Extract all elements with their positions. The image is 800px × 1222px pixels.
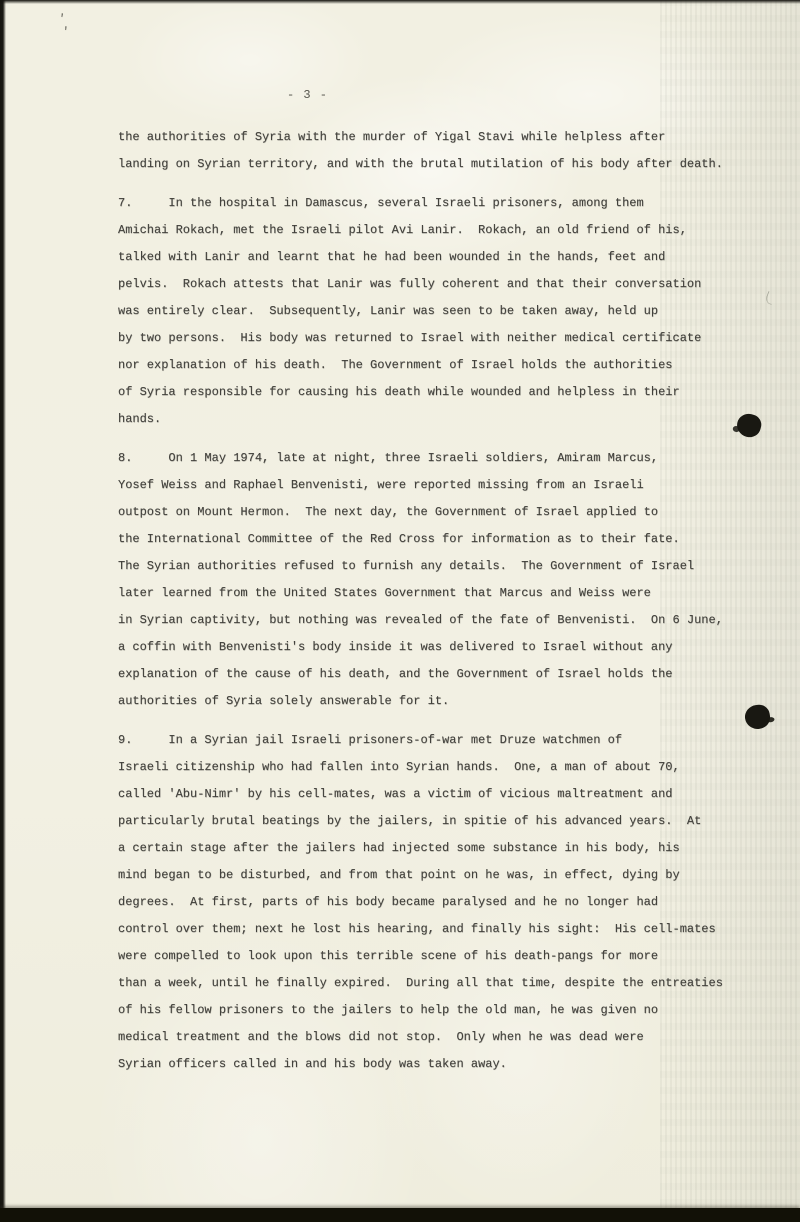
text-line: of Syria responsible for causing his dea…	[118, 379, 738, 406]
text-line: landing on Syrian territory, and with th…	[118, 151, 738, 178]
text-line: was entirely clear. Subsequently, Lanir …	[118, 298, 738, 325]
text-line: explanation of the cause of his death, a…	[118, 661, 738, 688]
text-line: Amichai Rokach, met the Israeli pilot Av…	[118, 217, 738, 244]
paragraph: 7. In the hospital in Damascus, several …	[118, 190, 738, 433]
text-line: talked with Lanir and learnt that he had…	[118, 244, 738, 271]
text-line: of his fellow prisoners to the jailers t…	[118, 997, 738, 1024]
page-number: - 3 -	[287, 88, 328, 102]
text-line: 8. On 1 May 1974, late at night, three I…	[118, 445, 738, 472]
text-line: called 'Abu-Nimr' by his cell-mates, was…	[118, 781, 738, 808]
text-line: the International Committee of the Red C…	[118, 526, 738, 553]
paragraph: 9. In a Syrian jail Israeli prisoners-of…	[118, 727, 738, 1078]
text-line: medical treatment and the blows did not …	[118, 1024, 738, 1051]
text-line: a coffin with Benvenisti's body inside i…	[118, 634, 738, 661]
text-line: particularly brutal beatings by the jail…	[118, 808, 738, 835]
text-line: by two persons. His body was returned to…	[118, 325, 738, 352]
text-line: mind began to be disturbed, and from tha…	[118, 862, 738, 889]
text-line: control over them; next he lost his hear…	[118, 916, 738, 943]
text-line: Yosef Weiss and Raphael Benvenisti, were…	[118, 472, 738, 499]
text-line: than a week, until he finally expired. D…	[118, 970, 738, 997]
text-line: pelvis. Rokach attests that Lanir was fu…	[118, 271, 738, 298]
text-line: authorities of Syria solely answerable f…	[118, 688, 738, 715]
stray-mark: '	[62, 25, 70, 39]
text-line: degrees. At first, parts of his body bec…	[118, 889, 738, 916]
paragraph: the authorities of Syria with the murder…	[118, 124, 738, 178]
text-line: nor explanation of his death. The Govern…	[118, 352, 738, 379]
text-line: Syrian officers called in and his body w…	[118, 1051, 738, 1078]
text-line: 7. In the hospital in Damascus, several …	[118, 190, 738, 217]
text-line: hands.	[118, 406, 738, 433]
text-line: 9. In a Syrian jail Israeli prisoners-of…	[118, 727, 738, 754]
text-line: Israeli citizenship who had fallen into …	[118, 754, 738, 781]
text-line: outpost on Mount Hermon. The next day, t…	[118, 499, 738, 526]
paragraph: 8. On 1 May 1974, late at night, three I…	[118, 445, 738, 715]
text-line: a certain stage after the jailers had in…	[118, 835, 738, 862]
document-body: the authorities of Syria with the murder…	[118, 124, 738, 1078]
text-line: The Syrian authorities refused to furnis…	[118, 553, 738, 580]
scan-edge-top	[0, 0, 800, 4]
scanned-document-page: - 3 - the authorities of Syria with the …	[0, 0, 800, 1222]
scan-edge-bottom	[0, 1208, 800, 1222]
text-line: the authorities of Syria with the murder…	[118, 124, 738, 151]
text-line: in Syrian captivity, but nothing was rev…	[118, 607, 738, 634]
scan-edge-left	[0, 0, 6, 1222]
text-line: later learned from the United States Gov…	[118, 580, 738, 607]
text-line: were compelled to look upon this terribl…	[118, 943, 738, 970]
